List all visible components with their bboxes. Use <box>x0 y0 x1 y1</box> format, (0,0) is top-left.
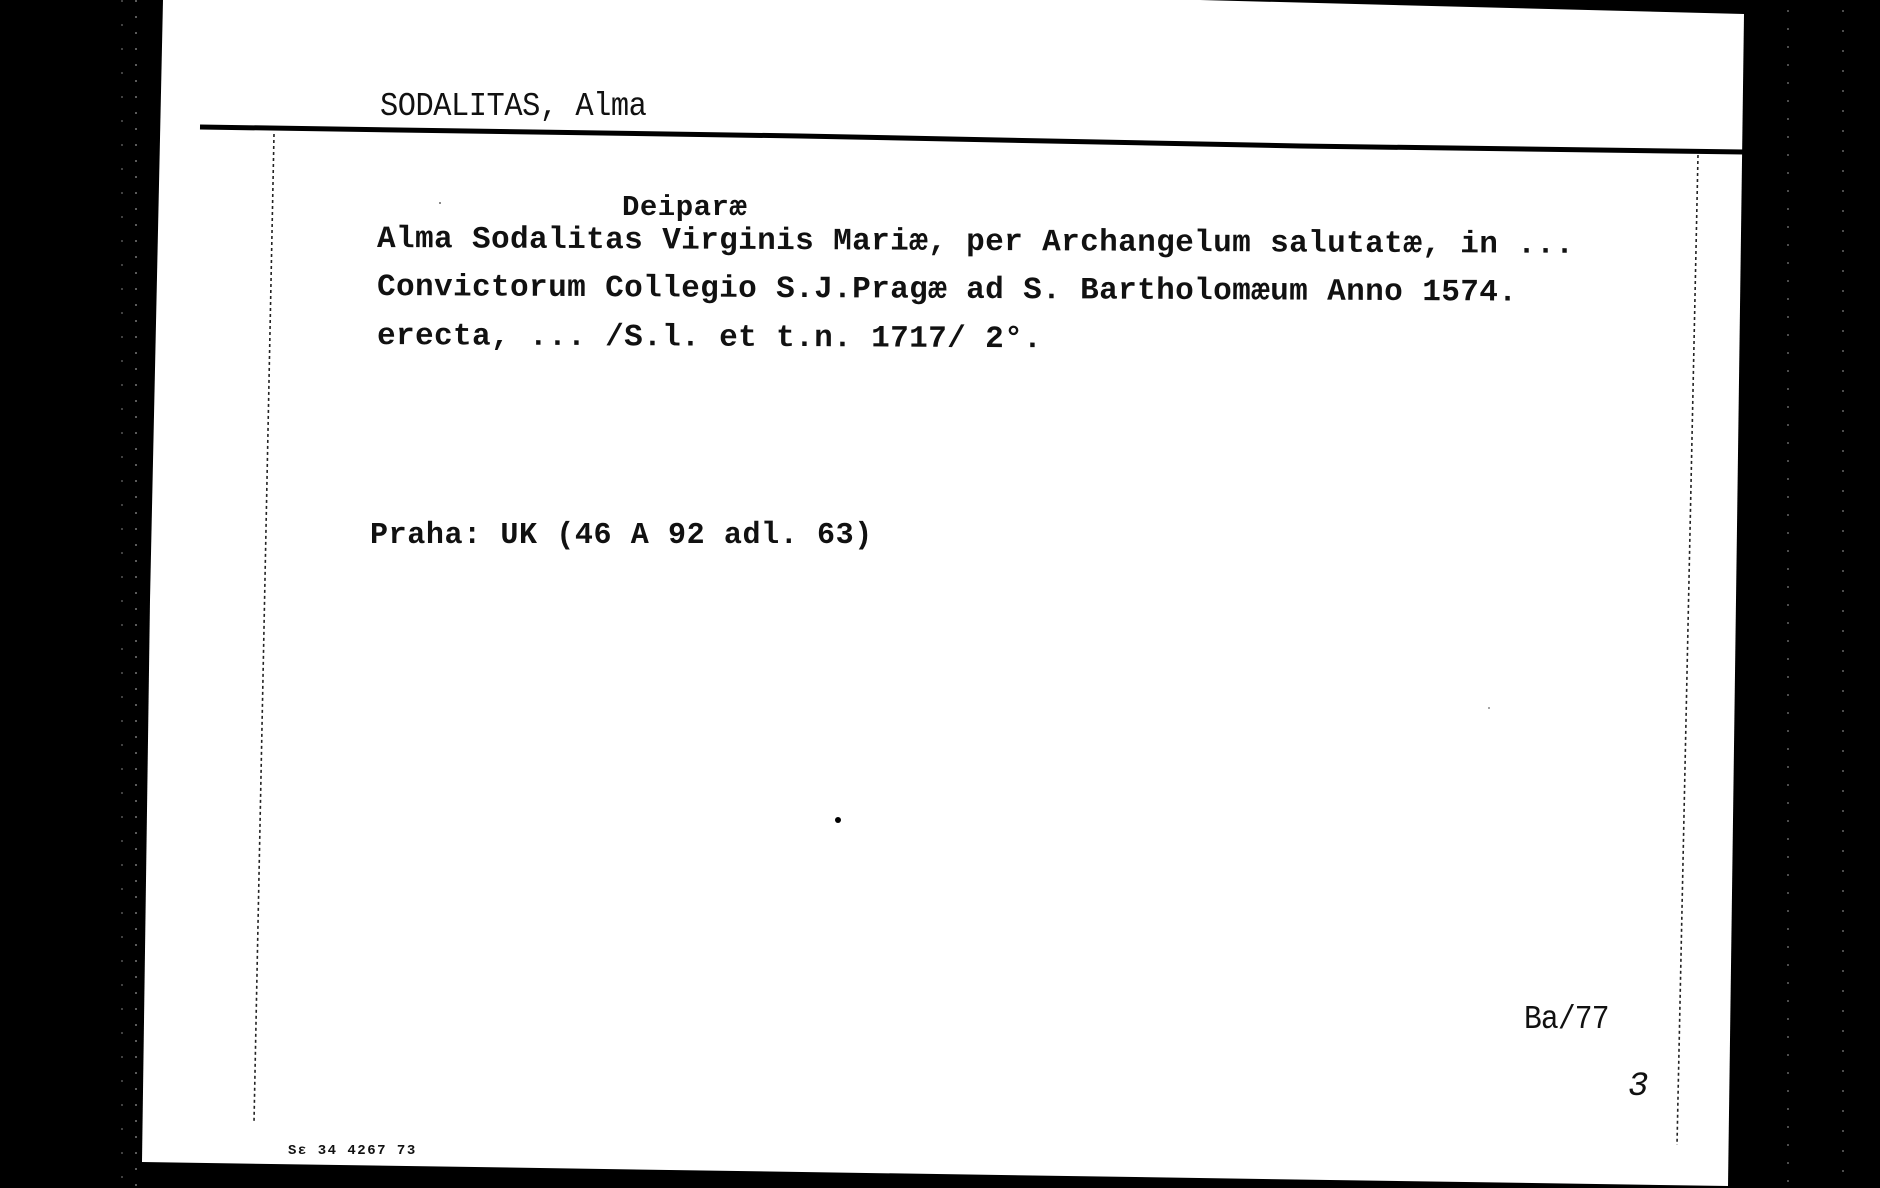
card-paper <box>142 0 1744 1186</box>
card-heading: SODALITAS, Alma <box>380 90 646 123</box>
holding-location: Praha: UK (46 A 92 adl. 63) <box>370 520 873 551</box>
title-insertion: Deiparæ <box>622 193 747 222</box>
scanned-catalog-card-viewer: SODALITAS, Alma Deiparæ Alma Sodalitas V… <box>0 0 1880 1188</box>
title-line-1: Alma Sodalitas Virginis Mariæ, per Archa… <box>377 224 1574 261</box>
title-line-3: erecta, ... /S.l. et t.n. 1717/ 2°. <box>377 321 1042 355</box>
card-number: 3 <box>1628 1070 1648 1104</box>
ink-speck <box>835 817 841 823</box>
print-code: Sε 34 4267 73 <box>288 1144 417 1158</box>
catalog-card: SODALITAS, Alma Deiparæ Alma Sodalitas V… <box>0 0 1880 1188</box>
shelfmark: Ba/77 <box>1524 1003 1609 1036</box>
title-line-2: Convictorum Collegio S.J.Pragæ ad S. Bar… <box>377 272 1517 309</box>
